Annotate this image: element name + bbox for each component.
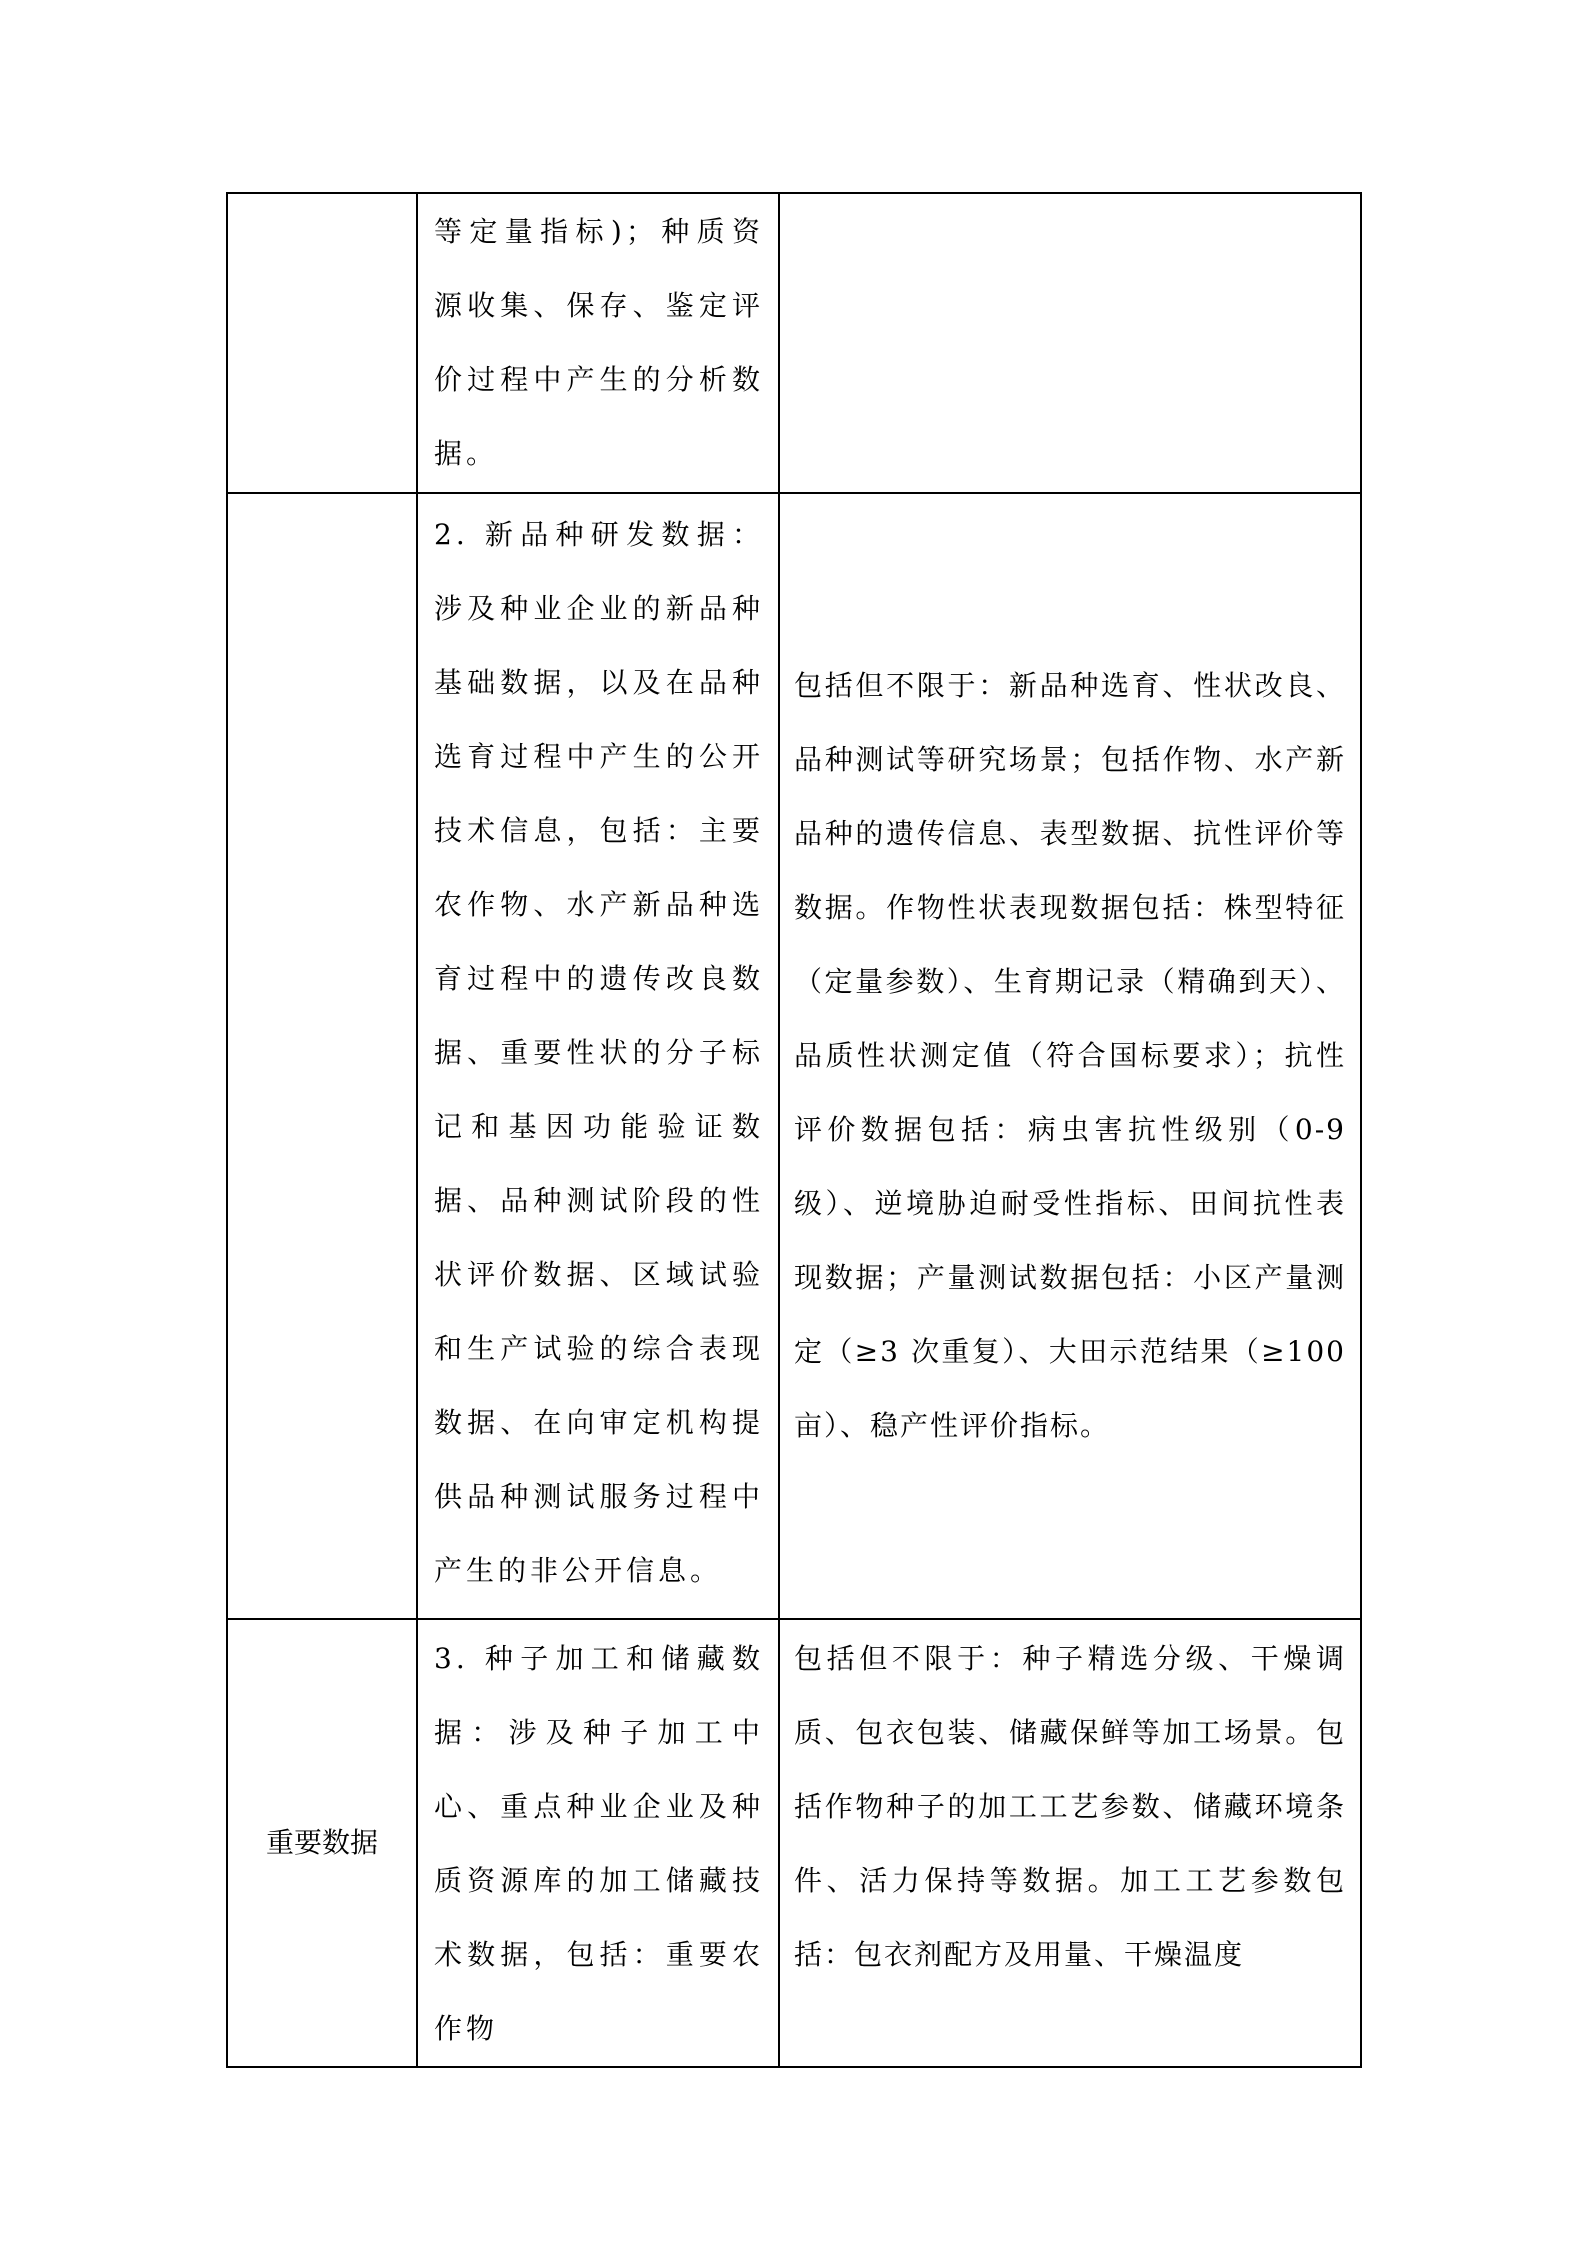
description-cell: 包括但不限于：种子精选分级、干燥调质、包衣包装、储藏保鲜等加工场景。包括作物种子… [779,1619,1361,2067]
table-row: 重要数据 3. 种子加工和储藏数据：涉及种子加工中心、重点种业企业及种质资源库的… [227,1619,1361,2067]
category-cell [227,493,417,1619]
data-classification-table: 等定量指标)；种质资源收集、保存、鉴定评价过程中产生的分析数据。 2. 新品种研… [226,192,1362,2068]
description-cell [779,193,1361,493]
data-item-cell: 等定量指标)；种质资源收集、保存、鉴定评价过程中产生的分析数据。 [417,193,779,493]
data-item-cell: 2. 新品种研发数据：涉及种业企业的新品种基础数据，以及在品种选育过程中产生的公… [417,493,779,1619]
table-row: 等定量指标)；种质资源收集、保存、鉴定评价过程中产生的分析数据。 [227,193,1361,493]
category-cell [227,193,417,493]
data-item-cell: 3. 种子加工和储藏数据：涉及种子加工中心、重点种业企业及种质资源库的加工储藏技… [417,1619,779,2067]
category-cell: 重要数据 [227,1619,417,2067]
table-row: 2. 新品种研发数据：涉及种业企业的新品种基础数据，以及在品种选育过程中产生的公… [227,493,1361,1619]
description-cell: 包括但不限于：新品种选育、性状改良、品种测试等研究场景；包括作物、水产新品种的遗… [779,493,1361,1619]
